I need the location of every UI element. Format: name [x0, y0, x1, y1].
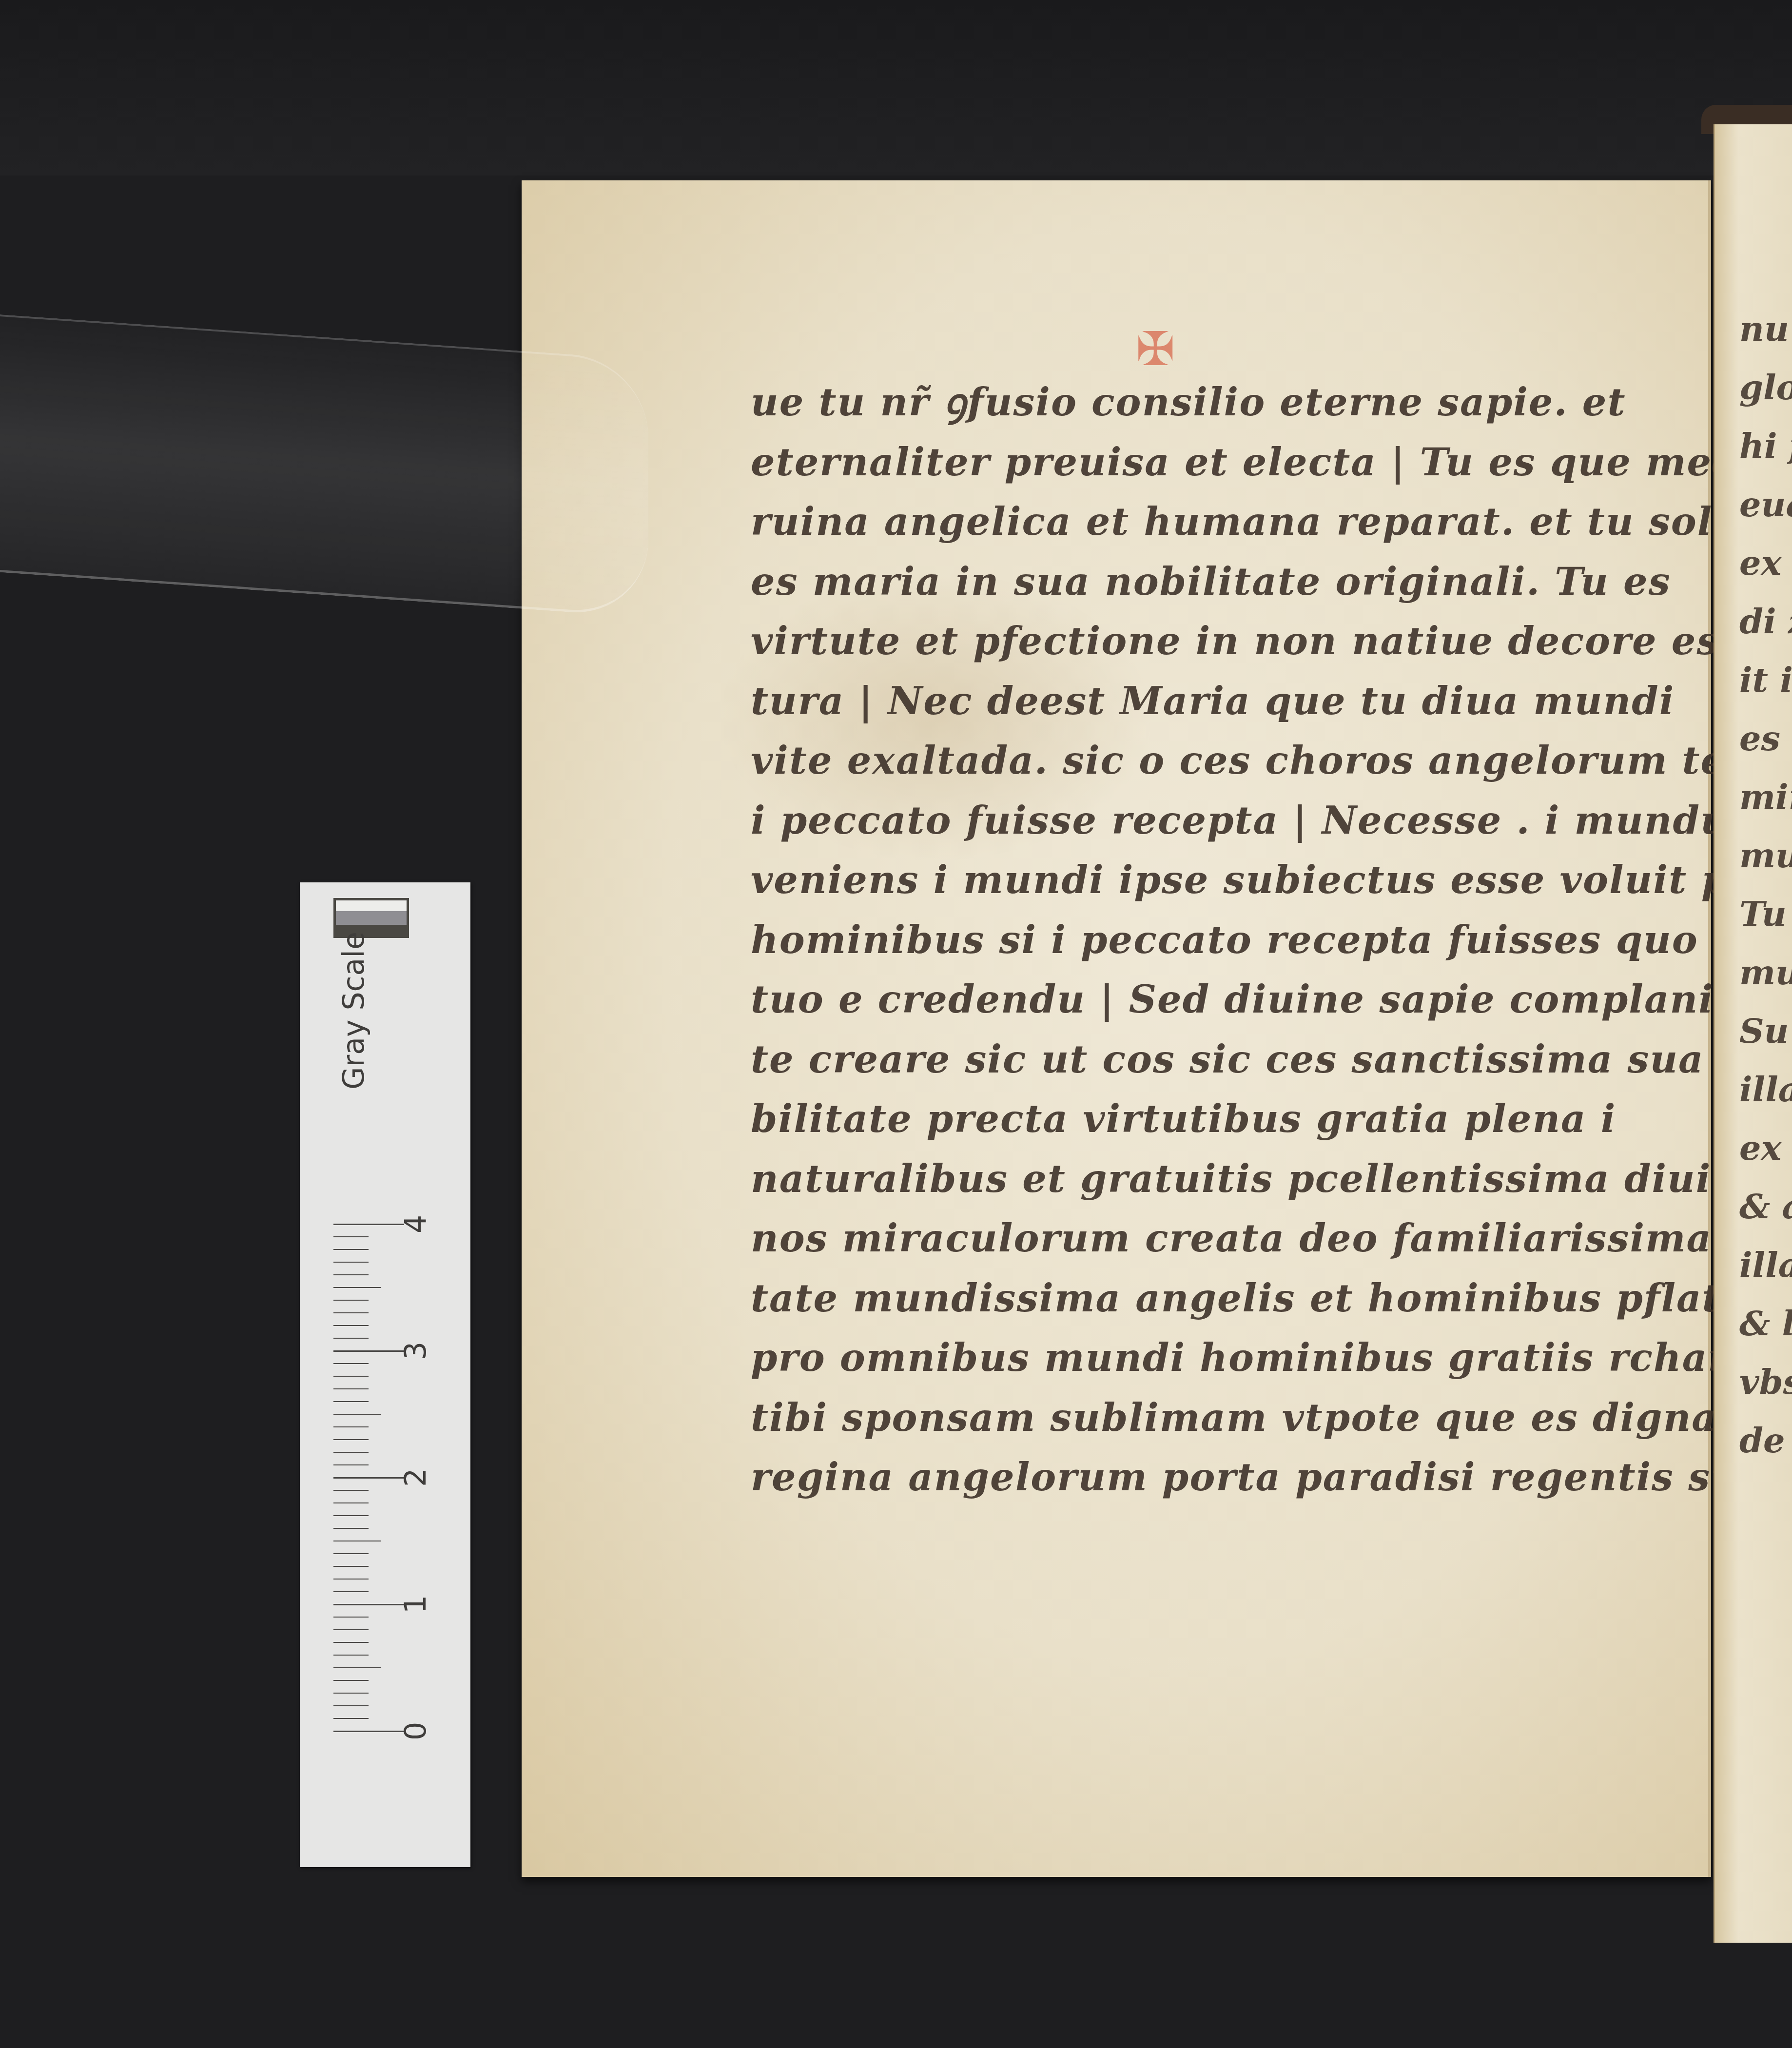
ruler-tick	[333, 1604, 404, 1605]
ruler-tick	[333, 1629, 369, 1630]
facing-line: & a	[1739, 1177, 1792, 1236]
facing-page-text: nu de glosa hi fem eua f ex in di ze it …	[1739, 300, 1792, 1470]
ruler-tick	[333, 1566, 369, 1567]
text-line-16: tate mundissima angelis et hominibus pfl…	[751, 1269, 1623, 1329]
facing-line: de	[1739, 1411, 1792, 1470]
ruler-tick	[333, 1224, 404, 1225]
facing-line: mina	[1739, 768, 1792, 826]
facing-line: ex d	[1739, 1119, 1792, 1177]
gray-scale-card: Gray Scale 01234	[300, 882, 470, 1867]
manuscript-text-block: ue tu nr̃ ꝯfusio consilio eterne sapie. …	[751, 373, 1623, 1508]
text-line-4: es maria in sua nobilitate originali. Tu…	[751, 552, 1623, 612]
ruler-tick	[333, 1439, 369, 1440]
ruler-tick	[333, 1363, 369, 1364]
ruler-tick	[333, 1249, 369, 1250]
black-backdrop	[0, 0, 1792, 176]
ruler-tick	[333, 1680, 369, 1681]
ruler-tick	[333, 1579, 369, 1580]
ruler-tick	[333, 1617, 369, 1618]
ruler-tick	[333, 1300, 369, 1301]
ruler-tick	[333, 1541, 381, 1541]
facing-line: illa e	[1739, 1060, 1792, 1119]
ruler-tick	[333, 1718, 369, 1719]
facing-line: es iu	[1739, 709, 1792, 768]
ruler-tick	[333, 1401, 369, 1402]
text-line-14: naturalibus et gratuitis pcellentissima …	[751, 1150, 1623, 1209]
facing-line: & lg	[1739, 1294, 1792, 1353]
ruler-tick	[333, 1667, 381, 1668]
text-line-3: ruina angelica et humana reparat. et tu …	[751, 492, 1623, 552]
ruler-tick	[333, 1287, 381, 1288]
facing-line: mu a	[1739, 943, 1792, 1002]
ruler-tick	[333, 1515, 369, 1516]
ruler-tick	[333, 1464, 369, 1465]
glass-page-weight	[0, 313, 648, 618]
ruler-tick	[333, 1262, 369, 1263]
ruler-tick	[333, 1553, 369, 1554]
ruler-tick	[333, 1350, 404, 1352]
ruler-number: 0	[399, 1722, 433, 1740]
ruler-tick	[333, 1705, 369, 1706]
ruler-tick	[333, 1528, 369, 1529]
ruler-tick	[333, 1376, 369, 1377]
ruler-tick	[333, 1274, 369, 1275]
text-line-18: tibi sponsam sublimam vtpote que es dign…	[751, 1388, 1623, 1448]
marginal-red-cross-mark: ✠	[1136, 322, 1175, 376]
ruler-tick	[333, 1642, 369, 1643]
facing-line: di ze	[1739, 592, 1792, 651]
ruler-tick	[333, 1452, 369, 1453]
text-line-10: hominibus si i peccato recepta fuisses q…	[751, 911, 1623, 971]
facing-line: Su a	[1739, 1002, 1792, 1060]
ruler-tick	[333, 1655, 369, 1656]
facing-line: illa e	[1739, 1236, 1792, 1294]
text-line-15: nos miraculorum creata deo familiarissim…	[751, 1209, 1623, 1269]
ruler-tick	[333, 1325, 369, 1326]
text-line-9: veniens i mundi ipse subiectus esse volu…	[751, 851, 1623, 911]
text-line-6: tura | Nec deest Maria que tu diua mundi	[751, 672, 1623, 732]
text-line-12: te creare sic ut cos sic ces sanctissima…	[751, 1030, 1623, 1090]
ruler-tick	[333, 1502, 369, 1503]
text-line-19: regina angelorum porta paradisi regentis…	[751, 1448, 1623, 1508]
ruler-tick	[333, 1414, 381, 1415]
ruler-number: 2	[399, 1468, 433, 1487]
ruler-tick	[333, 1312, 369, 1313]
facing-page-edge: nu de glosa hi fem eua f ex in di ze it …	[1714, 124, 1792, 1943]
text-line-7: vite exaltada. sic o ces choros angeloru…	[751, 731, 1623, 791]
ruler-number: 3	[399, 1342, 433, 1360]
facing-line: hi fem	[1739, 417, 1792, 475]
ruler-tick	[333, 1591, 369, 1592]
text-line-8: i peccato fuisse recepta | Necesse . i m…	[751, 791, 1623, 851]
ruler-tick	[333, 1693, 369, 1694]
ruler-tick	[333, 1490, 369, 1491]
centimetre-ruler: 01234	[333, 999, 431, 1779]
ruler-number: 1	[399, 1595, 433, 1614]
ruler-tick	[333, 1338, 369, 1339]
text-line-1: ue tu nr̃ ꝯfusio consilio eterne sapie. …	[751, 373, 1623, 433]
text-line-2: eternaliter preuisa et electa | Tu es qu…	[751, 433, 1623, 493]
facing-line: eua f	[1739, 475, 1792, 534]
text-line-13: bilitate precta virtutibus gratia plena …	[751, 1090, 1623, 1150]
facing-line: Tu r	[1739, 885, 1792, 943]
facing-line: mulie	[1739, 826, 1792, 885]
ruler-number: 4	[399, 1215, 433, 1233]
ruler-tick	[333, 1388, 369, 1389]
facing-line: it iu	[1739, 651, 1792, 709]
text-line-17: pro omnibus mundi hominibus gratiis rcha…	[751, 1328, 1623, 1388]
ruler-tick	[333, 1426, 369, 1427]
text-line-11: tuo e credendu | Sed diuine sapie compla…	[751, 970, 1623, 1030]
ruler-tick	[333, 1477, 404, 1479]
facing-line: glosa	[1739, 358, 1792, 417]
ruler-tick	[333, 1731, 404, 1732]
facing-line: nu de	[1739, 300, 1792, 358]
ruler-tick	[333, 1236, 369, 1237]
manuscript-page: ✠ ue tu nr̃ ꝯfusio consilio eterne sapie…	[522, 180, 1711, 1877]
text-line-5: virtute et pfectione in non natiue decor…	[751, 612, 1623, 672]
facing-line: vbsu	[1739, 1353, 1792, 1411]
facing-line: ex in	[1739, 534, 1792, 592]
